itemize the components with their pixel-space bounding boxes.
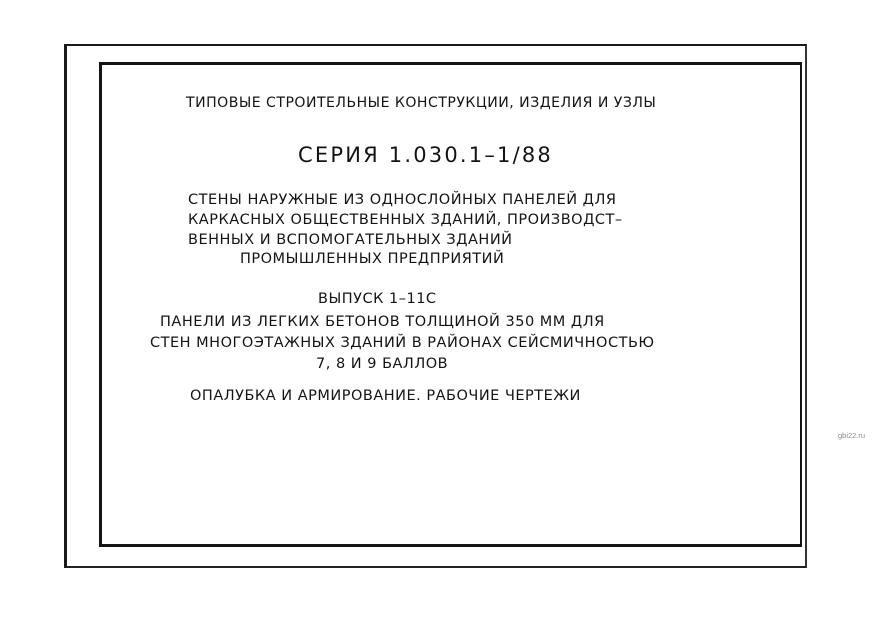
work-title: ОПАЛУБКА И АРМИРОВАНИЕ. РАБОЧИЕ ЧЕРТЕЖИ bbox=[190, 389, 581, 404]
document-header: ТИПОВЫЕ СТРОИТЕЛЬНЫЕ КОНСТРУКЦИИ, ИЗДЕЛИ… bbox=[186, 96, 656, 111]
description-line: КАРКАСНЫХ ОБЩЕСТВЕННЫХ ЗДАНИЙ, ПРОИЗВОДС… bbox=[188, 213, 623, 228]
panel-line: 7, 8 И 9 БАЛЛОВ bbox=[316, 357, 448, 372]
description-line: ВЕННЫХ И ВСПОМОГАТЕЛЬНЫХ ЗДАНИЙ bbox=[188, 233, 513, 248]
issue-number: ВЫПУСК 1–11С bbox=[318, 292, 437, 307]
series-title: СЕРИЯ 1.030.1–1/88 bbox=[298, 145, 553, 166]
description-line: СТЕНЫ НАРУЖНЫЕ ИЗ ОДНОСЛОЙНЫХ ПАНЕЛЕЙ ДЛ… bbox=[188, 193, 617, 208]
description-line: ПРОМЫШЛЕННЫХ ПРЕДПРИЯТИЙ bbox=[240, 252, 504, 267]
watermark: gbi22.ru bbox=[838, 431, 865, 440]
panel-line: ПАНЕЛИ ИЗ ЛЕГКИХ БЕТОНОВ ТОЛЩИНОЙ 350 ММ… bbox=[160, 315, 605, 330]
inner-frame bbox=[99, 62, 802, 547]
panel-line: СТЕН МНОГОЭТАЖНЫХ ЗДАНИЙ В РАЙОНАХ СЕЙСМ… bbox=[150, 336, 655, 351]
